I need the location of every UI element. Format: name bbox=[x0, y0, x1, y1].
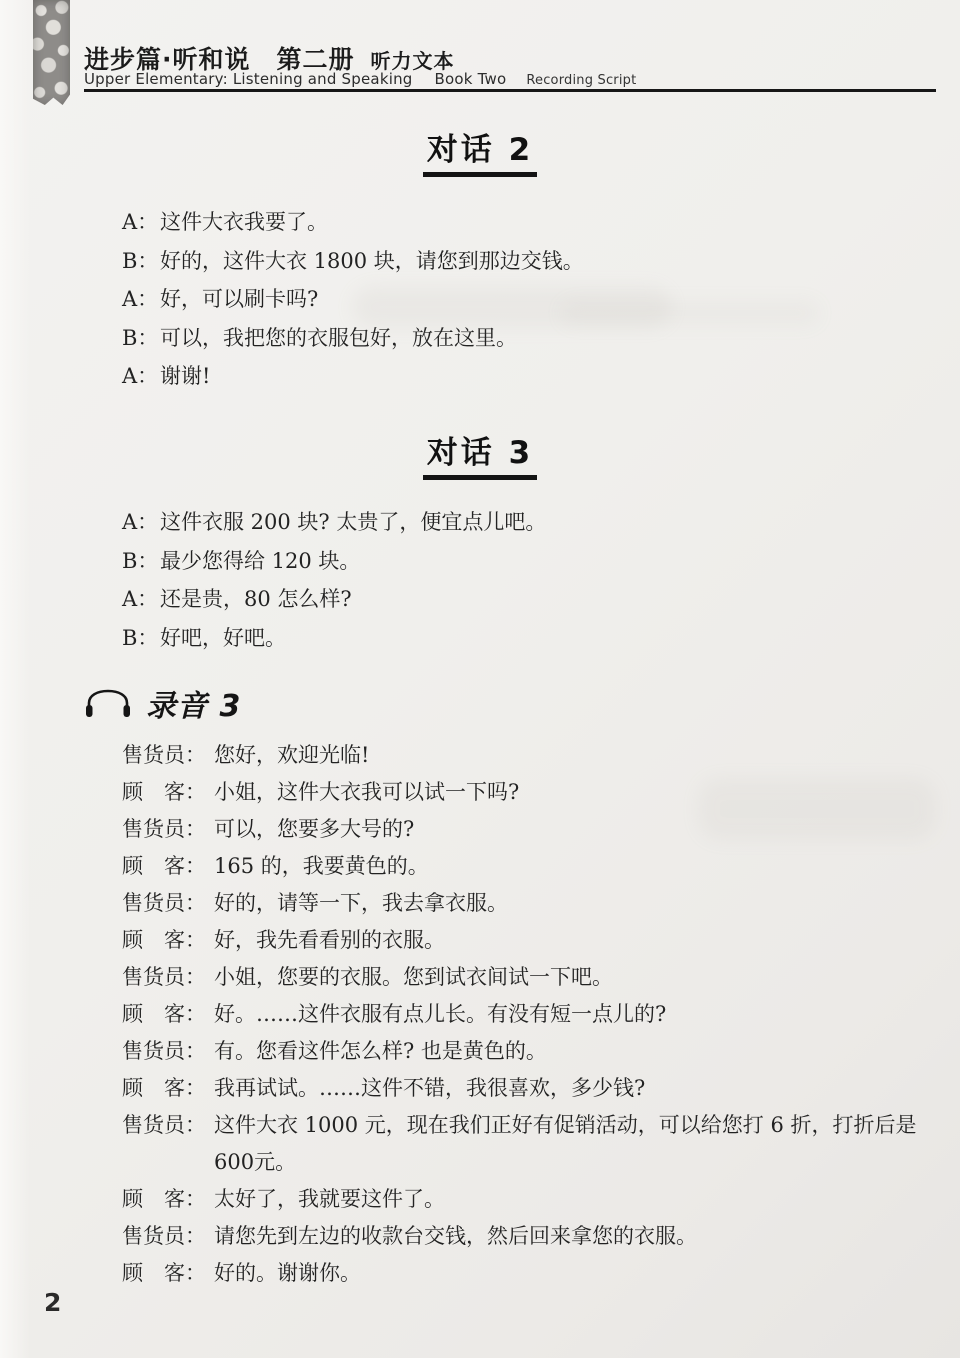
dialogue-text: 小姐，您要的衣服。您到试衣间试一下吧。 bbox=[214, 959, 940, 996]
speaker-label: 售货员： bbox=[122, 1218, 214, 1255]
dialogue-text: 小姐，这件大衣我可以试一下吗? bbox=[214, 774, 940, 811]
speaker-label: A： bbox=[122, 357, 160, 396]
dialogue-text: 请您先到左边的收款台交钱，然后回来拿您的衣服。 bbox=[214, 1218, 940, 1255]
speaker-label: B： bbox=[122, 619, 160, 658]
dialogue-text: 这件大衣 1000 元，现在我们正好有促销活动，可以给您打 6 折，打折后是 6… bbox=[214, 1107, 940, 1181]
speaker-label: A： bbox=[122, 203, 160, 242]
textbook-page: 进步篇·听和说 第二册听力文本 Upper Elementary: Listen… bbox=[0, 0, 960, 1358]
dialogue-line: 顾 客： 好。……这件衣服有点儿长。有没有短一点儿的? bbox=[122, 996, 940, 1033]
dialogue-text: 这件衣服 200 块? 太贵了，便宜点儿吧。 bbox=[160, 503, 937, 542]
speaker-label: B： bbox=[122, 242, 160, 281]
dialogue-line: 售货员： 这件大衣 1000 元，现在我们正好有促销活动，可以给您打 6 折，打… bbox=[122, 1107, 940, 1181]
dialogue-line: B： 最少您得给 120 块。 bbox=[122, 542, 937, 581]
dialogue-line: A： 谢谢! bbox=[122, 357, 937, 396]
dialogue-line: 售货员： 您好，欢迎光临! bbox=[122, 737, 940, 774]
dialogue3-title: 对话 3 bbox=[423, 427, 537, 480]
speaker-label: 顾 客： bbox=[122, 1070, 214, 1107]
dialogue-line: 顾 客： 太好了，我就要这件了。 bbox=[122, 1181, 940, 1218]
speaker-label: 售货员： bbox=[122, 959, 214, 996]
dialogue-text: 可以，我把您的衣服包好，放在这里。 bbox=[160, 319, 937, 358]
dialogue-line: A： 还是贵，80 怎么样? bbox=[122, 580, 937, 619]
speaker-label: 售货员： bbox=[122, 737, 214, 774]
speaker-label: 顾 客： bbox=[122, 996, 214, 1033]
dialogue-line: 顾 客： 165 的，我要黄色的。 bbox=[122, 848, 940, 885]
page-number: 2 bbox=[44, 1288, 61, 1317]
dialogue2-title: 对话 2 bbox=[423, 124, 537, 177]
dialogue-text: 好的，这件大衣 1800 块，请您到那边交钱。 bbox=[160, 242, 937, 281]
dialogue-text: 好。……这件衣服有点儿长。有没有短一点儿的? bbox=[214, 996, 940, 1033]
dialogue-text: 您好，欢迎光临! bbox=[214, 737, 940, 774]
scan-edge-highlight bbox=[0, 0, 30, 1358]
dialogue-text: 还是贵，80 怎么样? bbox=[160, 580, 937, 619]
dialogue-text: 太好了，我就要这件了。 bbox=[214, 1181, 940, 1218]
dialogue-line: 售货员： 好的，请等一下，我去拿衣服。 bbox=[122, 885, 940, 922]
dialogue-text: 好的。谢谢你。 bbox=[214, 1255, 940, 1292]
recording3-title: 录音 3 bbox=[146, 681, 241, 725]
header-title-en: Upper Elementary: Listening and Speaking bbox=[84, 70, 413, 88]
dialogue3-lines: A： 这件衣服 200 块? 太贵了，便宜点儿吧。 B： 最少您得给 120 块… bbox=[122, 503, 937, 657]
speaker-label: A： bbox=[122, 580, 160, 619]
dialogue-text: 我再试试。……这件不错，我很喜欢，多少钱? bbox=[214, 1070, 940, 1107]
dialogue-text: 最少您得给 120 块。 bbox=[160, 542, 937, 581]
dialogue2-lines: A： 这件大衣我要了。 B： 好的，这件大衣 1800 块，请您到那边交钱。 A… bbox=[122, 203, 937, 396]
dialogue-line: A： 这件衣服 200 块? 太贵了，便宜点儿吧。 bbox=[122, 503, 937, 542]
header-script-en: Recording Script bbox=[526, 73, 636, 88]
dialogue-line: 售货员： 请您先到左边的收款台交钱，然后回来拿您的衣服。 bbox=[122, 1218, 940, 1255]
dialogue-line: 售货员： 可以，您要多大号的? bbox=[122, 811, 940, 848]
dialogue-line: A： 这件大衣我要了。 bbox=[122, 203, 937, 242]
cloud-pattern-strip bbox=[33, 0, 70, 105]
dialogue-line: 售货员： 小姐，您要的衣服。您到试衣间试一下吧。 bbox=[122, 959, 940, 996]
dialogue-line: B： 可以，我把您的衣服包好，放在这里。 bbox=[122, 319, 937, 358]
dialogue-text: 好的，请等一下，我去拿衣服。 bbox=[214, 885, 940, 922]
dialogue-text: 好，我先看看别的衣服。 bbox=[214, 922, 940, 959]
speaker-label: A： bbox=[122, 503, 160, 542]
speaker-label: 顾 客： bbox=[122, 922, 214, 959]
dialogue-text: 好吧，好吧。 bbox=[160, 619, 937, 658]
dialogue-line: B： 好吧，好吧。 bbox=[122, 619, 937, 658]
dialogue-text: 可以，您要多大号的? bbox=[214, 811, 940, 848]
dialogue-text: 有。您看这件怎么样? 也是黄色的。 bbox=[214, 1033, 940, 1070]
speaker-label: 售货员： bbox=[122, 885, 214, 922]
speaker-label: 顾 客： bbox=[122, 774, 214, 811]
dialogue-line: B： 好的，这件大衣 1800 块，请您到那边交钱。 bbox=[122, 242, 937, 281]
dialogue-line: 顾 客： 小姐，这件大衣我可以试一下吗? bbox=[122, 774, 940, 811]
header-book-en: Book Two bbox=[435, 70, 507, 88]
dialogue3-heading: 对话 3 bbox=[0, 427, 960, 480]
headphones-icon bbox=[84, 687, 132, 719]
dialogue-line: 顾 客： 好，我先看看别的衣服。 bbox=[122, 922, 940, 959]
header-title-en-row: Upper Elementary: Listening and Speaking… bbox=[84, 70, 636, 88]
dialogue-line: 顾 客： 好的。谢谢你。 bbox=[122, 1255, 940, 1292]
speaker-label: B： bbox=[122, 319, 160, 358]
dialogue-line: 售货员： 有。您看这件怎么样? 也是黄色的。 bbox=[122, 1033, 940, 1070]
dialogue-text: 谢谢! bbox=[160, 357, 937, 396]
header-rule bbox=[84, 89, 936, 92]
dialogue-text: 165 的，我要黄色的。 bbox=[214, 848, 940, 885]
speaker-label: A： bbox=[122, 280, 160, 319]
dialogue-text: 好，可以刷卡吗? bbox=[160, 280, 937, 319]
speaker-label: 顾 客： bbox=[122, 1181, 214, 1218]
recording3-lines: 售货员： 您好，欢迎光临! 顾 客： 小姐，这件大衣我可以试一下吗? 售货员： … bbox=[122, 737, 940, 1292]
dialogue-line: A： 好，可以刷卡吗? bbox=[122, 280, 937, 319]
recording3-heading: 录音 3 bbox=[84, 681, 241, 725]
speaker-label: 顾 客： bbox=[122, 1255, 214, 1292]
dialogue-text: 这件大衣我要了。 bbox=[160, 203, 937, 242]
dialogue-line: 顾 客： 我再试试。……这件不错，我很喜欢，多少钱? bbox=[122, 1070, 940, 1107]
dialogue2-heading: 对话 2 bbox=[0, 124, 960, 177]
speaker-label: 售货员： bbox=[122, 1107, 214, 1181]
speaker-label: 售货员： bbox=[122, 811, 214, 848]
speaker-label: 售货员： bbox=[122, 1033, 214, 1070]
speaker-label: 顾 客： bbox=[122, 848, 214, 885]
speaker-label: B： bbox=[122, 542, 160, 581]
